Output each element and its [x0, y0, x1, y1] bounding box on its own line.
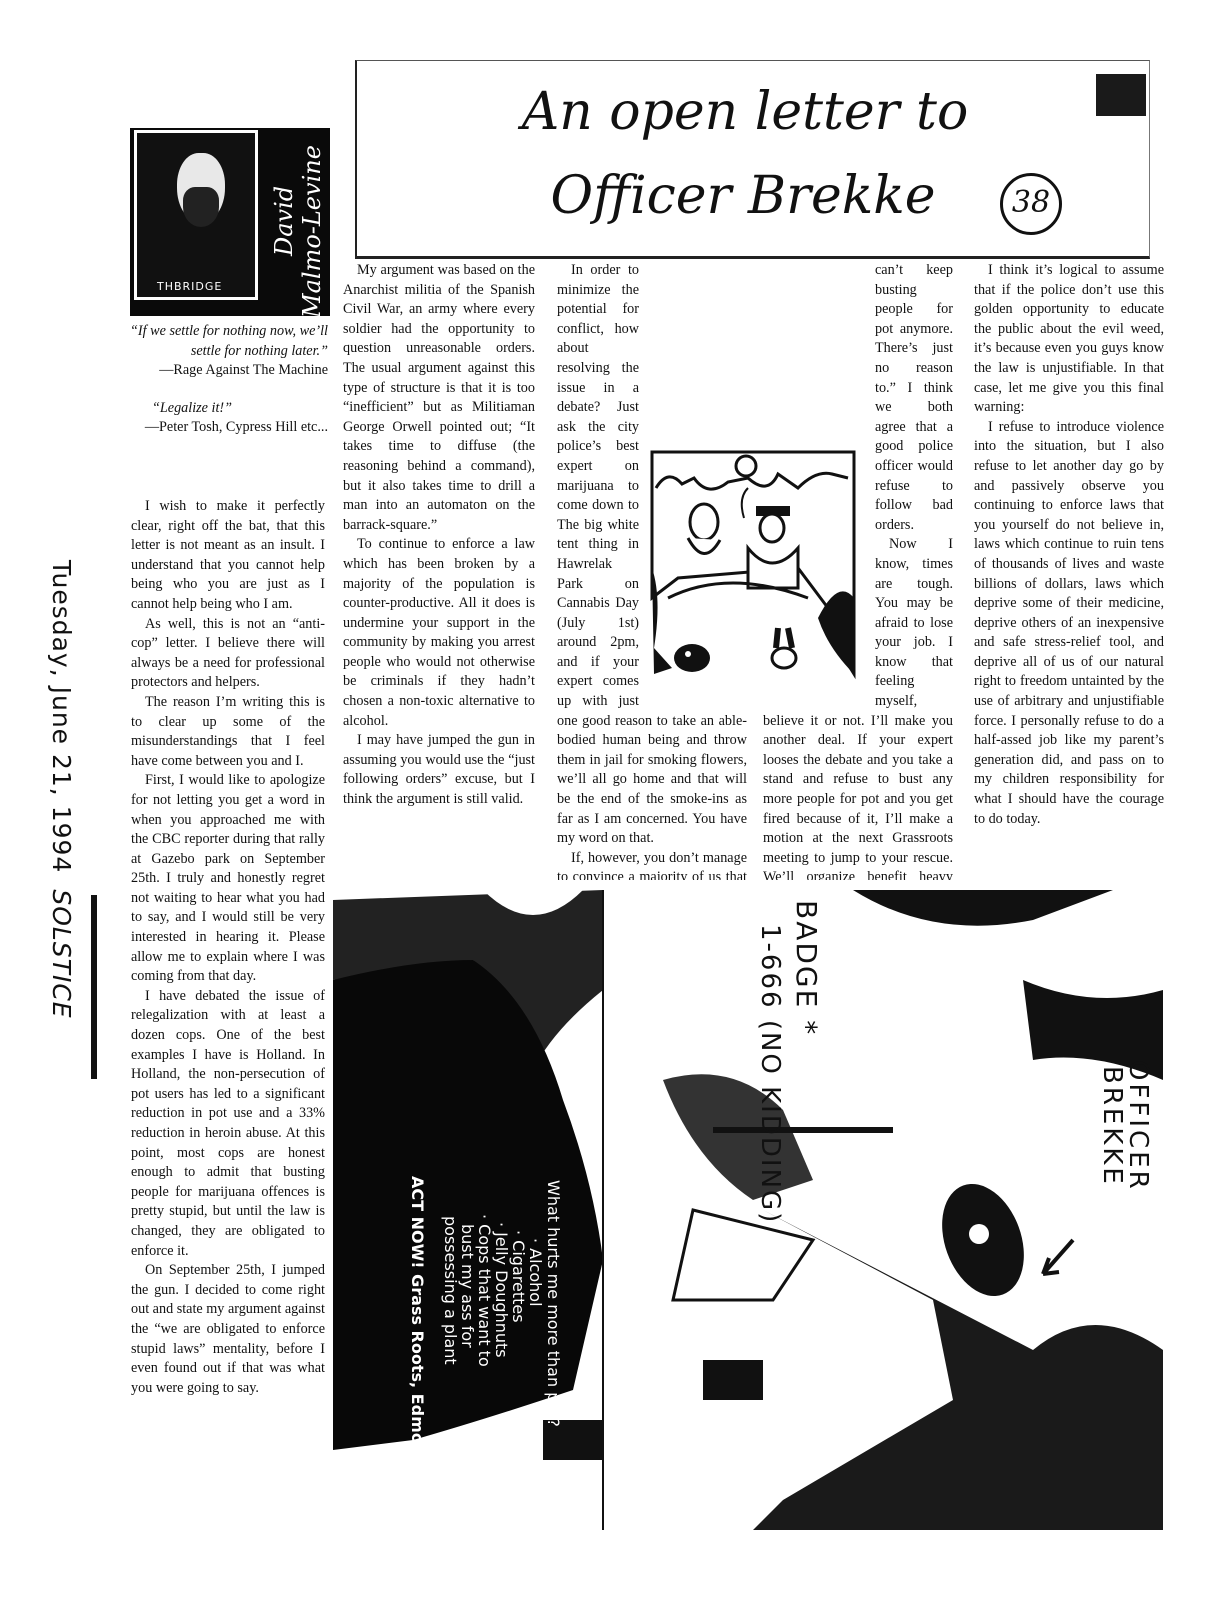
shirt-list-item: · Jelly Doughnuts — [492, 1222, 511, 1358]
paragraph: I refuse to introduce violence into the … — [974, 418, 1164, 829]
paragraph: As well, this is not an “anti-cop” lette… — [131, 615, 325, 693]
author-photo: THBRIDGE — [134, 130, 258, 300]
shirt-list-item: bust my ass for — [458, 1224, 477, 1348]
paragraph: The reason I’m writing this is to clear … — [131, 693, 325, 771]
registration-mark — [1096, 74, 1146, 116]
paragraph: First, I would like to apologize for not… — [131, 771, 325, 987]
shirt-list-item: · Alcohol — [526, 1238, 545, 1307]
badge-annotation-line-2: 1-666 (NO KIDDING) — [755, 924, 785, 1224]
cartoon-illustration — [648, 448, 860, 680]
paragraph: To continue to enforce a law which has b… — [343, 535, 535, 731]
spine-dateline: Tuesday, June 21, 1994SOLSTICE — [36, 560, 76, 1070]
epigraph-attribution: —Peter Tosh, Cypress Hill etc... — [130, 418, 328, 438]
paragraph: I wish to make it perfectly clear, right… — [131, 497, 325, 615]
cartoon-drawing — [648, 448, 860, 680]
article-column-1: I wish to make it perfectly clear, right… — [131, 497, 325, 1398]
epigraph-quote: “If we settle for nothing now, we’ll set… — [130, 322, 328, 361]
officer-annotation-line-1: OFFICER — [1123, 1060, 1153, 1192]
author-byline: David Malmo-Levine — [268, 136, 328, 311]
protest-photo: What hurts me more than pot? · Alcohol ·… — [333, 880, 1163, 1530]
paragraph: On September 25th, I jumped the gun. I d… — [131, 1261, 325, 1398]
shirt-list-item: possessing a plant — [441, 1216, 460, 1365]
paragraph: I may have jumped the gun in assuming yo… — [343, 731, 535, 809]
badge-annotation-line-1: BADGE * — [790, 900, 823, 1036]
paragraph: I have debated the issue of relegalizati… — [131, 987, 325, 1261]
page-number-circled: 38 — [1000, 173, 1062, 235]
shirt-list-item: · Cops that want to — [475, 1214, 494, 1367]
shirt-list-item: · Cigarettes — [509, 1230, 528, 1323]
author-last-name: Malmo-Levine — [298, 145, 326, 318]
spine-publication: SOLSTICE — [47, 889, 76, 1018]
author-face-image — [177, 153, 225, 223]
headline-box: An open letter to Officer Brekke 38 — [355, 60, 1150, 259]
article-column-2: My argument was based on the Anarchist m… — [343, 261, 535, 810]
article-column-5: I think it’s logical to assume that if t… — [974, 261, 1164, 829]
author-photo-caption: THBRIDGE — [157, 280, 222, 293]
epigraph-attribution: —Rage Against The Machine — [130, 361, 328, 381]
shirt-slogan-heading: What hurts me more than pot? — [544, 1180, 563, 1427]
author-photo-block: THBRIDGE David Malmo-Levine — [130, 128, 330, 316]
epigraphs: “If we settle for nothing now, we’ll set… — [130, 322, 328, 438]
author-first-name: David — [270, 186, 298, 256]
headline-line-1: An open letter to — [349, 83, 1141, 141]
shirt-footer: ACT NOW! Grass Roots, Edmonton — [408, 1176, 427, 1485]
epigraph-quote: “Legalize it!” — [130, 399, 328, 419]
officer-annotation-line-2: BREKKE — [1097, 1066, 1127, 1187]
paragraph: My argument was based on the Anarchist m… — [343, 261, 535, 535]
margin-rule — [91, 895, 97, 1079]
paragraph: I think it’s logical to assume that if t… — [974, 261, 1164, 418]
photo-halftone — [333, 880, 1163, 1530]
spine-date: Tuesday, June 21, 1994 — [47, 560, 76, 873]
